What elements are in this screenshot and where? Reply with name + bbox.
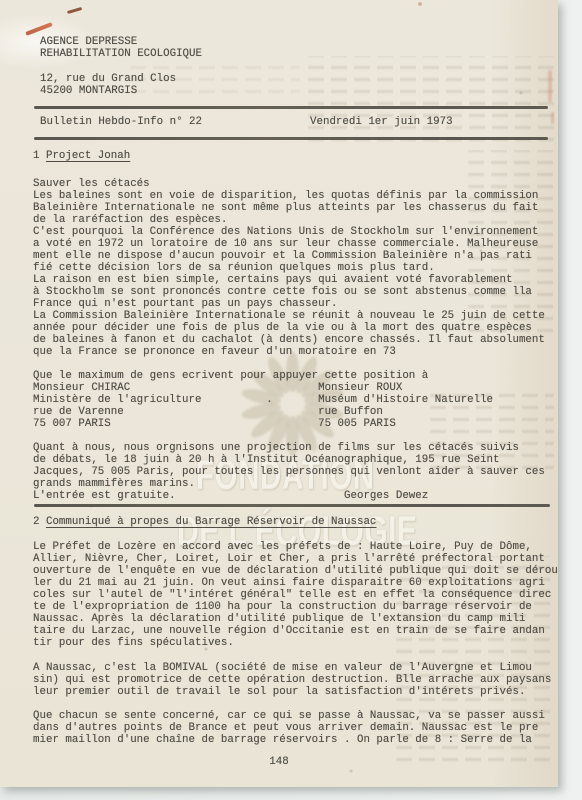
- edge-ink-fleck: [551, 112, 554, 124]
- section-1-title: Project Jonah: [46, 150, 130, 162]
- section-2-title: Communiqué à propes du Barrage Réservoir…: [46, 516, 376, 528]
- bulletin-title: Bulletin Hebdo-Info n° 22: [40, 116, 202, 128]
- org-address-street: 12, rue du Grand Clos: [40, 73, 176, 85]
- section-2-paragraph-1: Le Préfet de Lozère en accord avec les p…: [33, 541, 558, 649]
- section-1-heading: 1 Project Jonah: [33, 150, 130, 162]
- section-2-paragraph-2: A Naussac, c'est la BOMIVAL (société de …: [33, 662, 551, 698]
- section-2-number: 2: [33, 516, 46, 528]
- section-1-body: Sauver les cétacés Les baleines sont en …: [33, 178, 545, 358]
- section-1-addresses: Monsieur CHIRAC Monsieur ROUX Ministère …: [33, 382, 493, 430]
- section-2-heading: 2 Communiqué à propes du Barrage Réservo…: [33, 516, 376, 528]
- section-1-number: 1: [33, 150, 46, 162]
- horizontal-rule-section-divider: [34, 504, 550, 507]
- org-name-line1: AGENCE DEPRESSE: [40, 36, 137, 48]
- bleedthrough-texture: [308, 56, 554, 144]
- org-name-line2: REHABILITATION ECOLOGIQUE: [40, 48, 202, 60]
- bulletin-date: Vendredi 1er juin 1973: [310, 116, 453, 128]
- section-1-event-and-signature: Quant à nous, nous orgnisons une project…: [33, 442, 545, 502]
- org-address-city: 45200 MONTARGIS: [40, 85, 137, 97]
- page-number: 148: [0, 756, 558, 768]
- section-2-paragraph-3: Que chacun se sente concerné, car ce qui…: [33, 710, 545, 746]
- section-1-appeal-line: Que le maximum de gens ecrivent pour app…: [33, 370, 428, 382]
- paper-specks: [0, 0, 2, 2]
- edge-ink-fleck: [548, 70, 552, 102]
- scanned-bulletin-page: { "page": { "paper_color": "#ebe6d9", "i…: [0, 0, 582, 800]
- horizontal-rule-under-title: [34, 137, 548, 140]
- horizontal-rule-top: [34, 106, 548, 109]
